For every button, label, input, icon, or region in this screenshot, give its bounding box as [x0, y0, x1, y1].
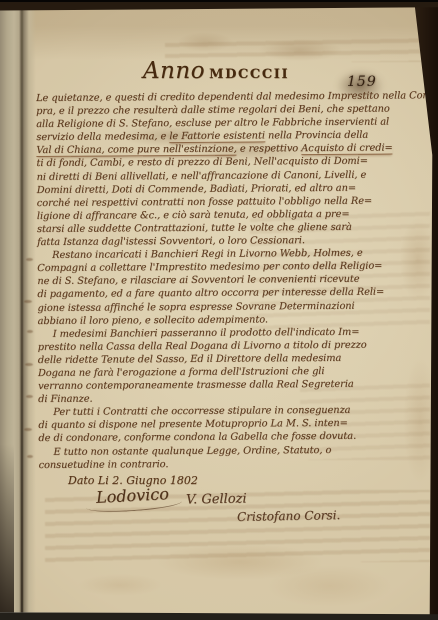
signature-gellozi: V. Gellozi [186, 491, 247, 507]
heading-anno-label: Anno [143, 58, 205, 84]
text-segment: pra, e il prezzo che resulterà dalle sti… [36, 104, 390, 117]
underlined-text: Acquisto di credi= [301, 143, 393, 156]
text-segment: Domini diretti, Doti di Commende, Badìat… [37, 182, 356, 195]
manuscript-line: ni diretti di Beni allivellati, e nell'a… [37, 168, 417, 184]
manuscript-photo: AnnoMDCCCII 159 Le quietanze, e questi d… [0, 0, 438, 620]
text-segment: delle ridette Tenute del Sasso, Ed il Di… [38, 353, 341, 366]
paragraph: Per tutti i Contratti che occorresse sti… [38, 404, 418, 446]
text-segment: abbiano il loro pieno, e sollecito ademp… [38, 314, 268, 327]
ink-speck [24, 428, 32, 431]
paragraph: Le quietanze, e questi di credito depend… [36, 89, 417, 249]
text-segment: ni diretti di Beni allivellati, e nell'a… [37, 169, 367, 182]
underlined-text: le Fattorie esistenti [169, 131, 265, 144]
manuscript-line: corché nei respettivi contratti non foss… [37, 194, 417, 210]
text-segment: Compagni a collettare l'Imprestito medes… [37, 261, 382, 274]
text-segment: prestito nella Cassa della Real Dogana d… [38, 339, 367, 352]
text-segment: verranno contemporaneamente trasmesse da… [38, 379, 354, 392]
text-segment: Restano incaricati i Banchieri Regi in L… [52, 248, 363, 261]
text-segment: fatta Istanza dagl'istessi Sovventori, o… [37, 235, 305, 248]
text-segment: Per tutti i Contratti che occorresse sti… [53, 405, 350, 418]
text-segment: alla Religione di S. Stefano, escluse pe… [36, 117, 389, 130]
manuscript-line: consuetudine in contrario. [39, 456, 419, 472]
gutter-shadow [0, 444, 14, 614]
text-segment: di Finanze. [38, 394, 93, 405]
ink-speck [27, 330, 33, 333]
ink-speck [26, 395, 33, 398]
manuscript-page: AnnoMDCCCII 159 Le quietanze, e questi d… [0, 0, 438, 620]
ink-speck [24, 300, 32, 303]
page-number: 159 [347, 74, 377, 90]
ink-speck [27, 455, 33, 458]
text-segment: ti di fondi, Cambi, e resto di prezzo di… [36, 156, 367, 169]
text-segment: di pagamento, ed a fare quanto altro occ… [37, 287, 384, 300]
text-segment: consuetudine in contrario. [39, 459, 169, 471]
text-block: Le quietanze, e questi di credito depend… [36, 89, 419, 471]
ink-speck [25, 363, 33, 366]
text-segment: gione istessa affinché le sopra espresse… [37, 300, 354, 313]
heading-year-roman: MDCCCII [209, 67, 289, 82]
text-segment: starsi alle suddette Contrattazioni, tut… [37, 222, 352, 235]
signature-corsi: Cristofano Corsi. [237, 508, 341, 524]
ink-speck [26, 258, 33, 261]
paragraph: E tutto non ostante qualunque Legge, Ord… [38, 443, 418, 472]
text-segment: di quanto si dispone nel presente Motupr… [38, 418, 348, 431]
manuscript-line: di pagamento, ed a fare quanto altro occ… [37, 286, 417, 302]
text-segment: e respettivo [237, 144, 302, 155]
text-segment: ne di S. Stefano, e rilasciare ai Sovven… [37, 274, 359, 287]
text-segment: servizio della medesima, e [36, 131, 169, 143]
text-segment: corché nei respettivi contratti non foss… [37, 195, 372, 208]
paragraph: Restano incaricati i Banchieri Regi in L… [37, 246, 418, 327]
text-segment: E tutto non ostante qualunque Legge, Ord… [53, 444, 331, 457]
text-segment: ligione di affrancare &c., e ciò sarà te… [37, 209, 350, 222]
gutter-crease [21, 0, 23, 620]
manuscript-line: prestito nella Cassa della Real Dogana d… [38, 338, 418, 354]
page-heading: AnnoMDCCCII [143, 58, 289, 84]
paragraph: I medesimi Banchieri passeranno il prodo… [38, 325, 419, 406]
text-segment: nella Provincia della [265, 130, 368, 142]
text-segment: Dogana ne farà l'erogazione a forma dell… [38, 366, 325, 379]
text-segment: I medesimi Banchieri passeranno il prodo… [53, 326, 360, 339]
text-segment: de di condonare, conforme condona la Gab… [38, 431, 356, 444]
